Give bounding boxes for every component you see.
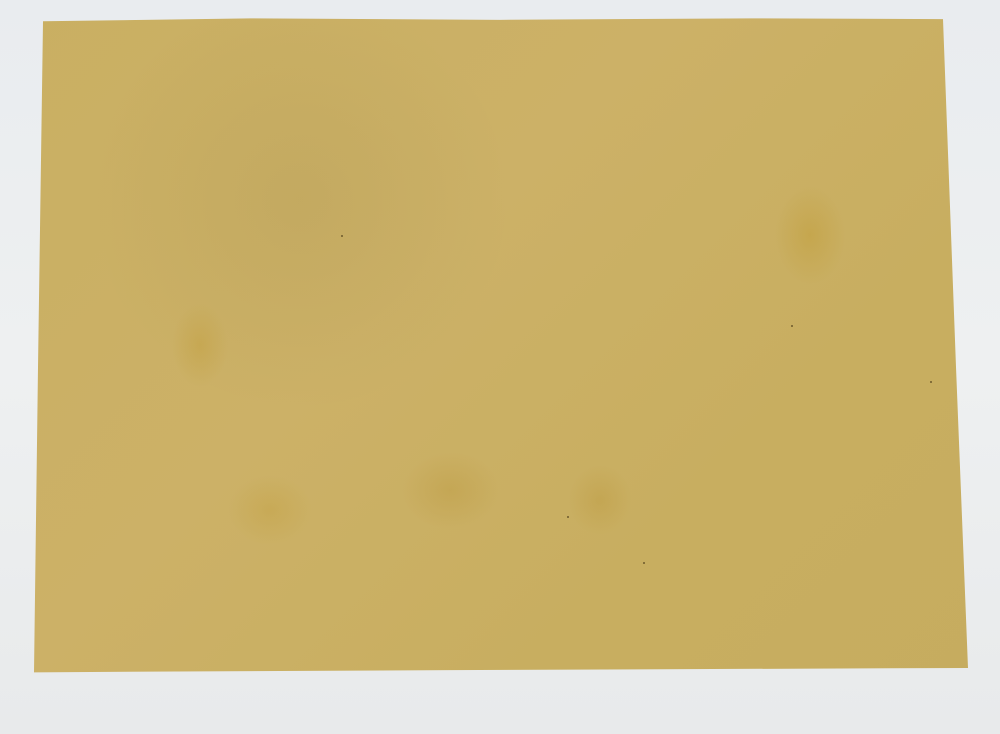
aged-paper-sheet [0,0,1000,734]
paper-speck [567,516,569,518]
paper-speck [341,235,343,237]
paper-speck [930,381,932,383]
paper-speck [791,325,793,327]
paper-speck [643,562,645,564]
